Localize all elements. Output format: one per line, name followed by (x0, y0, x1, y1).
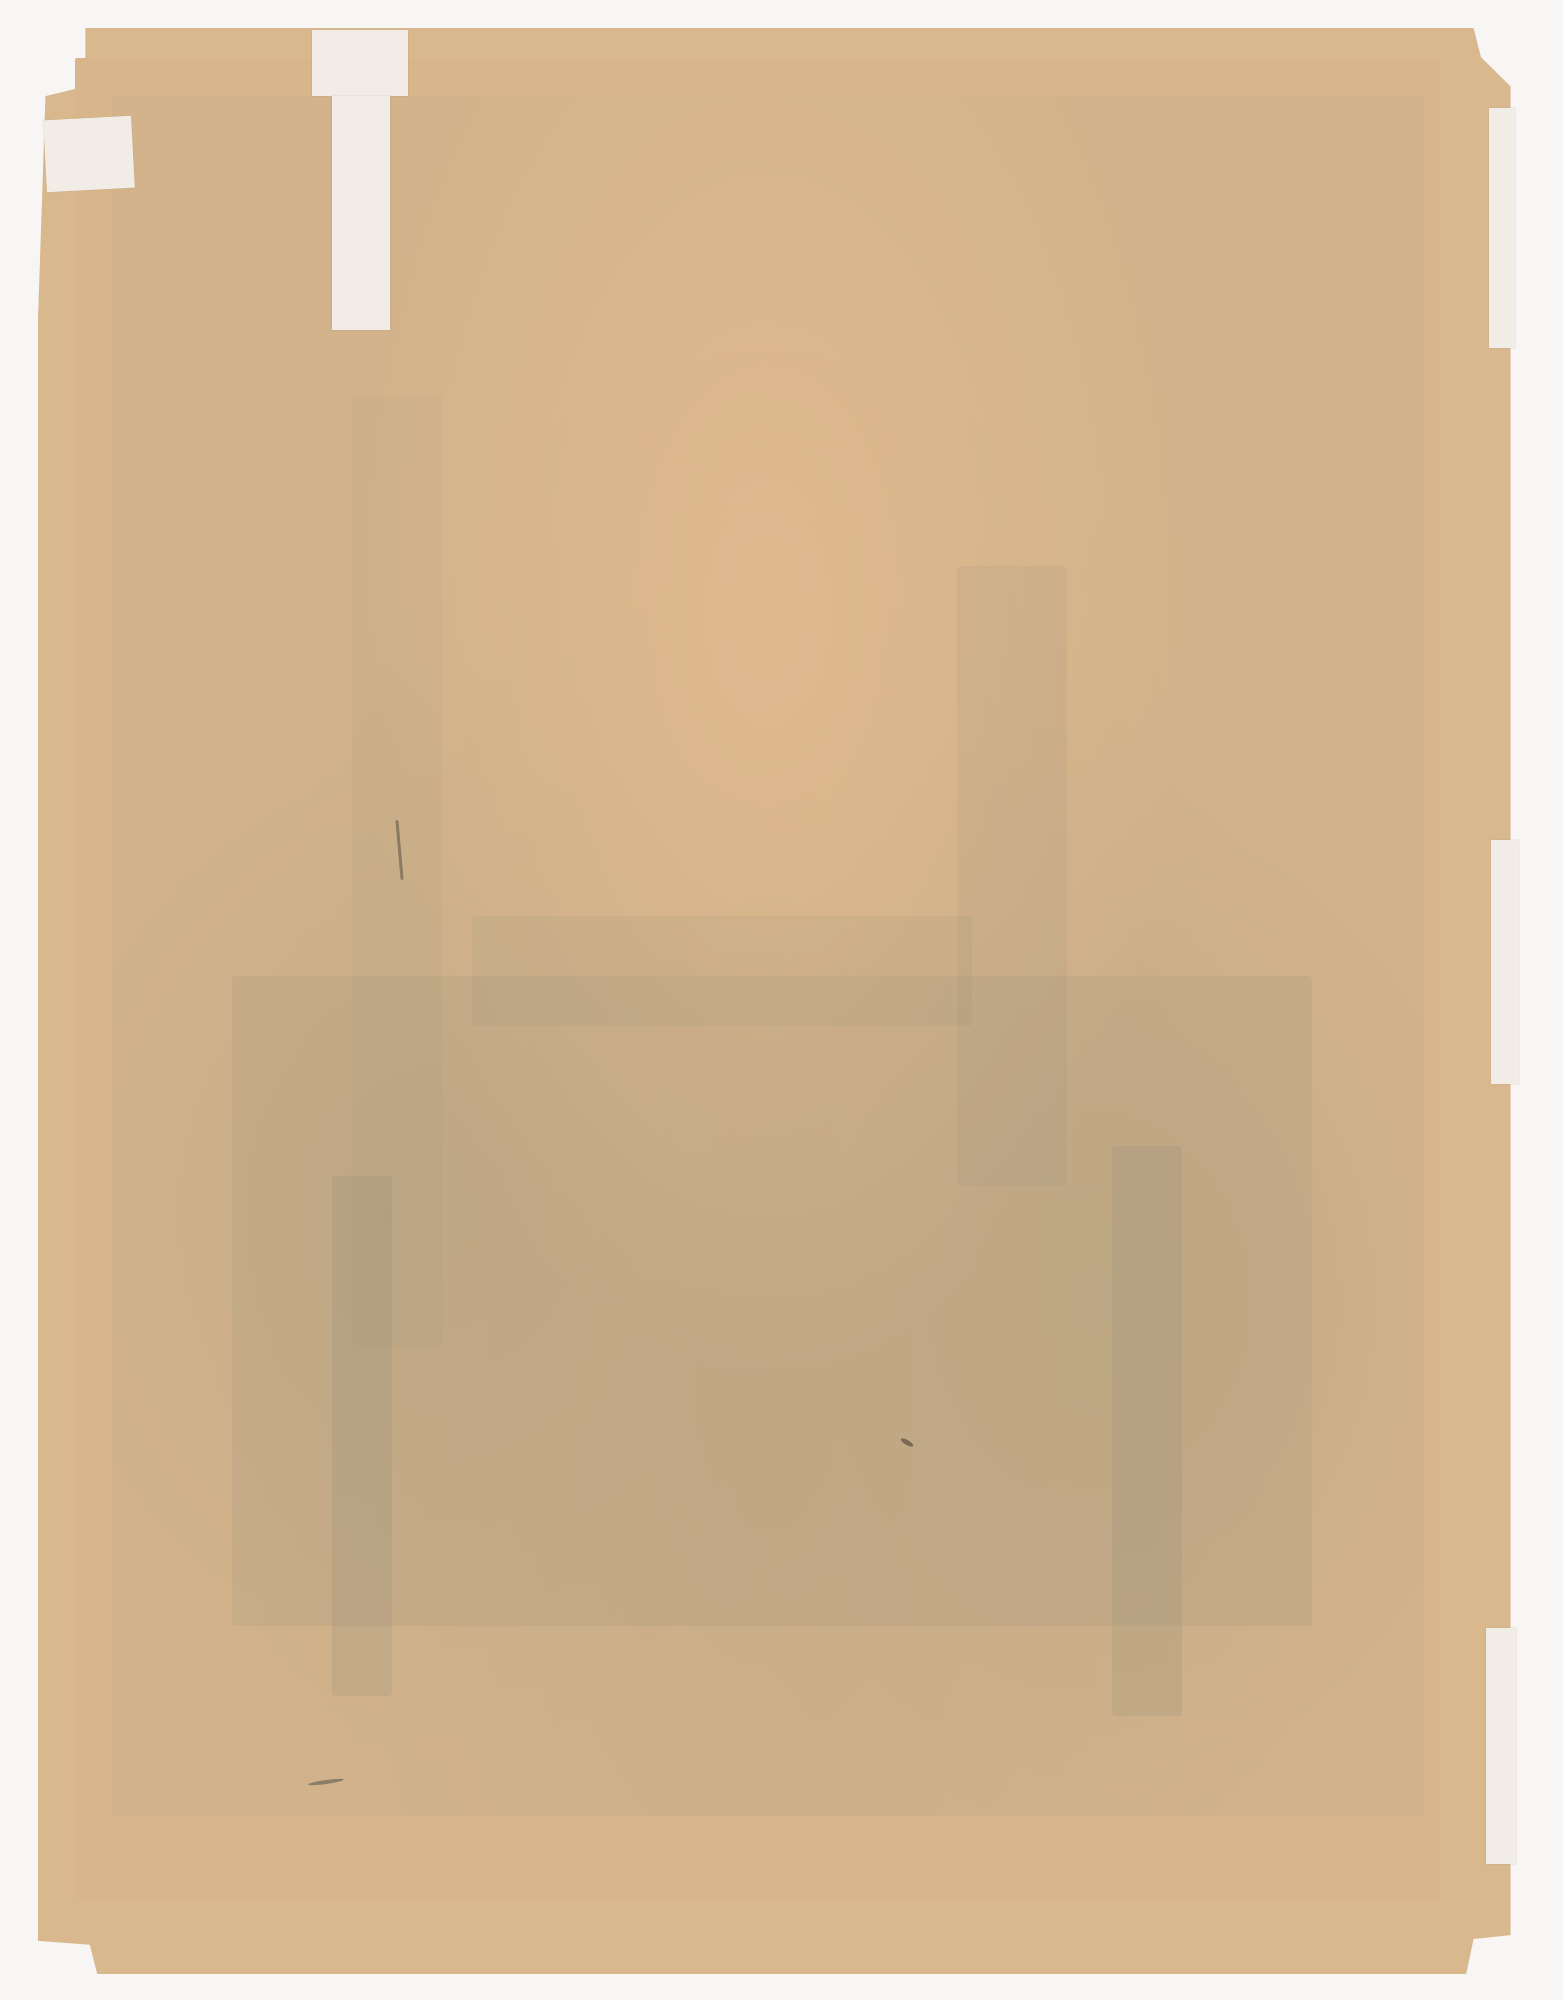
hinge-tape-right-lower (1486, 1628, 1516, 1864)
hinge-tape-top-t-head (312, 30, 408, 96)
hinge-tape-right-upper (1489, 108, 1515, 348)
hinge-tape-top-t-stem (332, 96, 390, 330)
hinge-tape-top-left (43, 116, 135, 193)
hinge-tape-right-middle (1491, 840, 1519, 1084)
ghost-column-right (1112, 1146, 1182, 1716)
ghost-rooftops (472, 916, 972, 1026)
plate-mark-area (112, 96, 1424, 1816)
ghost-column-left (332, 1176, 392, 1696)
